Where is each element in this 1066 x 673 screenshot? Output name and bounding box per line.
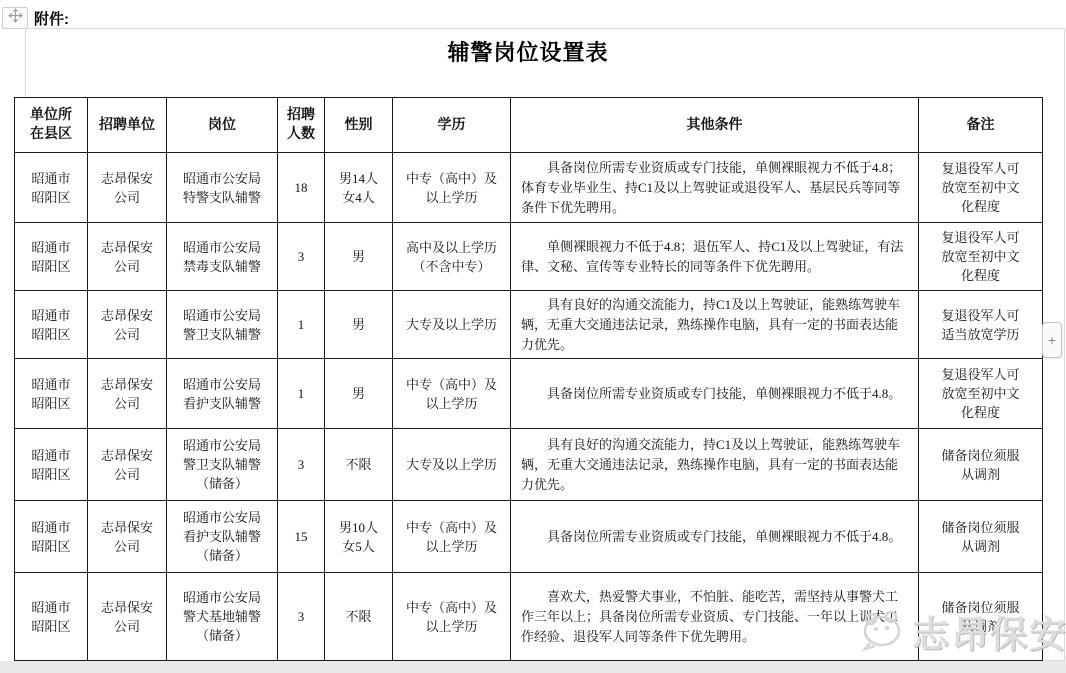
cell-county: 昭通市 昭阳区 <box>15 291 88 359</box>
cell-position: 昭通市公安局 警卫支队辅警 <box>167 291 278 359</box>
attachment-label: 附件: <box>34 8 69 29</box>
cell-gender: 不限 <box>325 429 393 501</box>
cell-education: 大专及以上学历 <box>393 291 511 359</box>
cell-company: 志昂保安 公司 <box>88 573 167 661</box>
cell-remark: 储备岗位须服 从调剂 <box>919 429 1043 501</box>
cell-county: 昭通市 昭阳区 <box>15 223 88 291</box>
column-header-count: 招聘 人数 <box>278 98 325 153</box>
cell-position: 昭通市公安局 警卫支队辅警 （储备） <box>167 429 278 501</box>
cell-position: 昭通市公安局 特警支队辅警 <box>167 153 278 223</box>
cell-conditions: 喜欢犬，热爱警犬事业，不怕脏、能吃苦，需坚持从事警犬工作三年以上；具备岗位所需专… <box>511 573 919 661</box>
cell-count: 1 <box>278 291 325 359</box>
cell-company: 志昂保安 公司 <box>88 359 167 429</box>
cell-count: 3 <box>278 223 325 291</box>
cell-company: 志昂保安 公司 <box>88 429 167 501</box>
positions-table: 单位所 在县区 招聘单位 岗位 招聘 人数 性别 学历 其他条件 备注 昭通市 … <box>14 97 1043 661</box>
cell-position: 昭通市公安局 看护支队辅警 （储备） <box>167 501 278 573</box>
column-header-conditions: 其他条件 <box>511 98 919 153</box>
cell-county: 昭通市 昭阳区 <box>15 429 88 501</box>
cell-gender: 男10人 女5人 <box>325 501 393 573</box>
move-icon <box>8 8 23 28</box>
cell-county: 昭通市 昭阳区 <box>15 153 88 223</box>
cell-position: 昭通市公安局 看护支队辅警 <box>167 359 278 429</box>
cell-count: 1 <box>278 359 325 429</box>
table-row: 昭通市 昭阳区 志昂保安 公司 昭通市公安局 特警支队辅警 18 男14人 女4… <box>15 153 1043 223</box>
cell-education: 中专（高中）及 以上学历 <box>393 153 511 223</box>
cell-company: 志昂保安 公司 <box>88 291 167 359</box>
cell-remark: 储备岗位须服 从调剂 <box>919 501 1043 573</box>
cell-county: 昭通市 昭阳区 <box>15 501 88 573</box>
cell-conditions: 具有良好的沟通交流能力，持C1及以上驾驶证，能熟练驾驶车辆，无重大交通违法记录，… <box>511 291 919 359</box>
table-row: 昭通市 昭阳区 志昂保安 公司 昭通市公安局 禁毒支队辅警 3 男 高中及以上学… <box>15 223 1043 291</box>
cell-conditions: 具有良好的沟通交流能力，持C1及以上驾驶证，能熟练驾驶车辆，无重大交通违法记录，… <box>511 429 919 501</box>
column-header-position: 岗位 <box>167 98 278 153</box>
cell-conditions: 具备岗位所需专业资质或专门技能，单侧裸眼视力不低于4.8。 <box>511 501 919 573</box>
cell-remark: 复退役军人可 放宽至初中文 化程度 <box>919 223 1043 291</box>
column-header-company: 招聘单位 <box>88 98 167 153</box>
document-canvas: 附件: 辅警岗位设置表 单位所 在县区 招聘单位 岗位 招聘 人数 性别 学历 … <box>0 0 1066 673</box>
cell-company: 志昂保安 公司 <box>88 223 167 291</box>
cell-conditions: 具备岗位所需专业资质或专门技能，单侧裸眼视力不低于4.8；体育专业毕业生、持C1… <box>511 153 919 223</box>
cell-position: 昭通市公安局 禁毒支队辅警 <box>167 223 278 291</box>
page-title: 辅警岗位设置表 <box>14 36 1042 67</box>
cell-education: 中专（高中）及 以上学历 <box>393 501 511 573</box>
cell-education: 中专（高中）及 以上学历 <box>393 573 511 661</box>
cell-company: 志昂保安 公司 <box>88 501 167 573</box>
table-row: 昭通市 昭阳区 志昂保安 公司 昭通市公安局 警卫支队辅警 （储备） 3 不限 … <box>15 429 1043 501</box>
move-handle[interactable] <box>2 7 28 29</box>
table-row: 昭通市 昭阳区 志昂保安 公司 昭通市公安局 警卫支队辅警 1 男 大专及以上学… <box>15 291 1043 359</box>
cell-county: 昭通市 昭阳区 <box>15 359 88 429</box>
insert-handle-button[interactable]: + <box>1042 322 1062 358</box>
cell-education: 大专及以上学历 <box>393 429 511 501</box>
cell-education: 中专（高中）及 以上学历 <box>393 359 511 429</box>
bottom-strip <box>0 661 1066 673</box>
cell-gender: 男 <box>325 291 393 359</box>
column-header-gender: 性别 <box>325 98 393 153</box>
cell-count: 18 <box>278 153 325 223</box>
cell-count: 3 <box>278 573 325 661</box>
cell-county: 昭通市 昭阳区 <box>15 573 88 661</box>
cell-remark: 复退役军人可 适当放宽学历 <box>919 291 1043 359</box>
cell-count: 15 <box>278 501 325 573</box>
cell-remark: 复退役军人可 放宽至初中文 化程度 <box>919 359 1043 429</box>
column-header-education: 学历 <box>393 98 511 153</box>
header-row: 单位所 在县区 招聘单位 岗位 招聘 人数 性别 学历 其他条件 备注 <box>15 98 1043 153</box>
table-row: 昭通市 昭阳区 志昂保安 公司 昭通市公安局 看护支队辅警 1 男 中专（高中）… <box>15 359 1043 429</box>
cell-conditions: 单侧裸眼视力不低于4.8；退伍军人、持C1及以上驾驶证，有法律、文秘、宣传等专业… <box>511 223 919 291</box>
cell-gender: 男 <box>325 359 393 429</box>
column-header-county: 单位所 在县区 <box>15 98 88 153</box>
cell-education: 高中及以上学历 （不含中专） <box>393 223 511 291</box>
cell-gender: 男 <box>325 223 393 291</box>
cell-remark: 复退役军人可 放宽至初中文 化程度 <box>919 153 1043 223</box>
cell-count: 3 <box>278 429 325 501</box>
cell-company: 志昂保安 公司 <box>88 153 167 223</box>
cell-position: 昭通市公安局 警犬基地辅警 （储备） <box>167 573 278 661</box>
cell-conditions: 具备岗位所需专业资质或专门技能，单侧裸眼视力不低于4.8。 <box>511 359 919 429</box>
table-row: 昭通市 昭阳区 志昂保安 公司 昭通市公安局 看护支队辅警 （储备） 15 男1… <box>15 501 1043 573</box>
cell-gender: 男14人 女4人 <box>325 153 393 223</box>
column-header-remark: 备注 <box>919 98 1043 153</box>
cell-gender: 不限 <box>325 573 393 661</box>
table-row: 昭通市 昭阳区 志昂保安 公司 昭通市公安局 警犬基地辅警 （储备） 3 不限 … <box>15 573 1043 661</box>
cell-remark: 储备岗位须服 从调剂 <box>919 573 1043 661</box>
